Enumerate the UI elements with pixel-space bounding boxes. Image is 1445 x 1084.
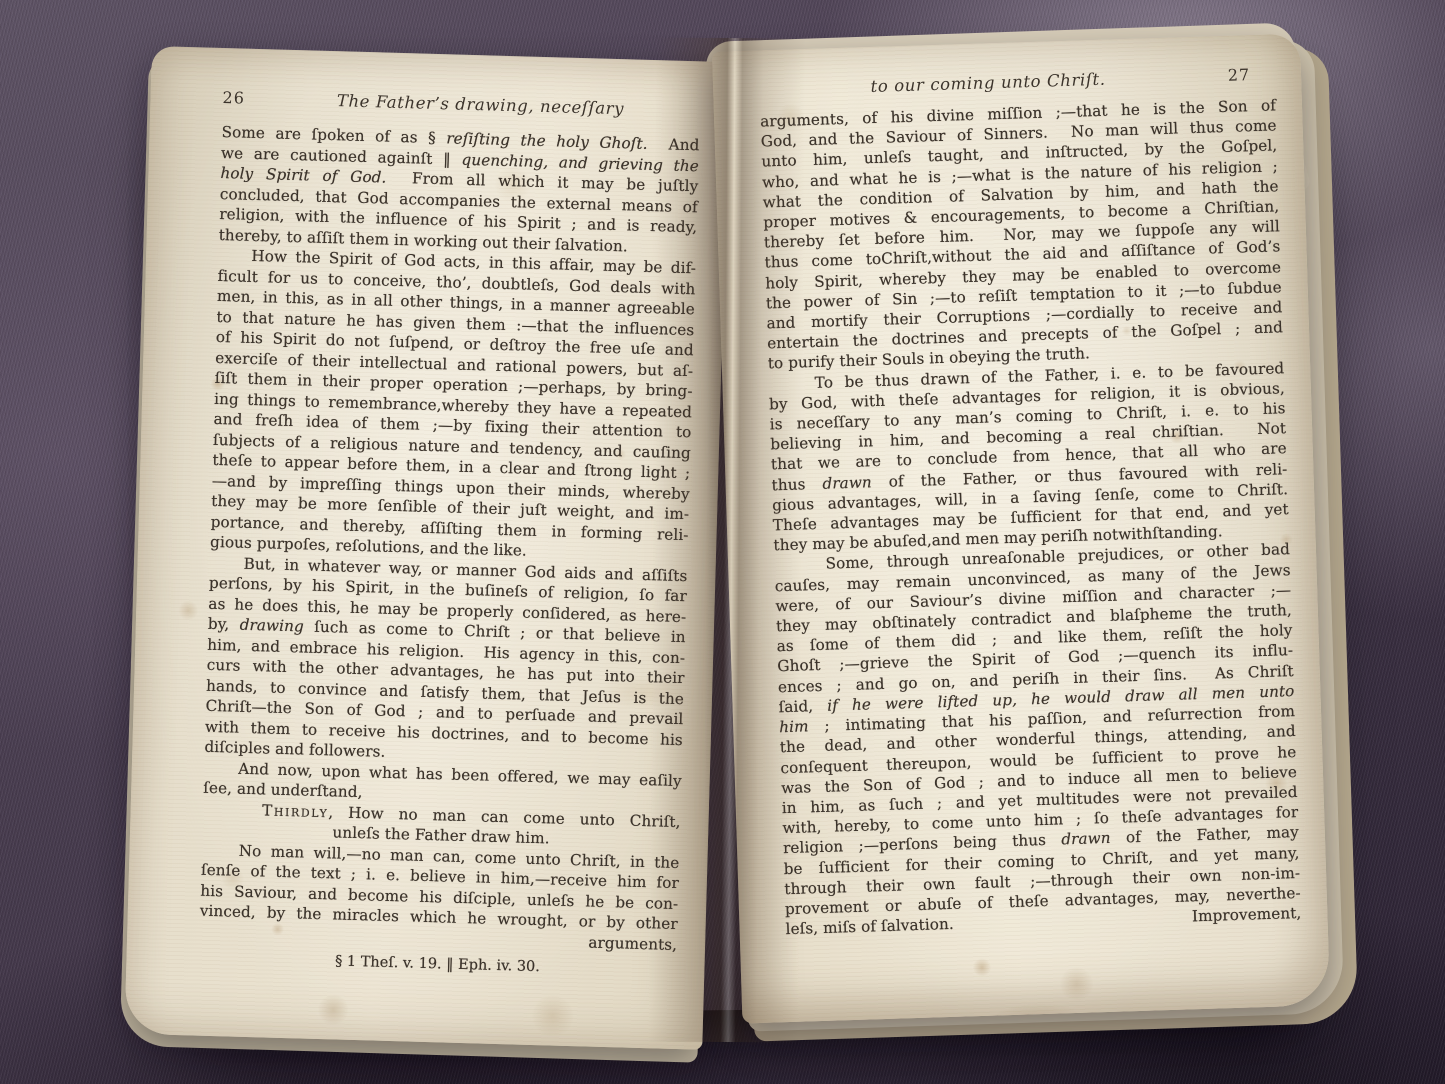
right-running-head-row: to our coming unto Chriſt. 27 bbox=[759, 64, 1275, 99]
left-running-head-row: 26 The Father’s drawing, neceſſary bbox=[222, 88, 700, 120]
left-page: 26 The Father’s drawing, neceſſary Some … bbox=[124, 46, 729, 1050]
left-running-header: The Father’s drawing, neceſſary bbox=[274, 89, 686, 119]
left-page-number: 26 bbox=[222, 88, 275, 108]
left-page-footnote: § 1 Theſ. v. 19. ‖ Eph. iv. 30. bbox=[198, 950, 676, 979]
right-page-text: arguments, of his divine miſſion ;—that … bbox=[760, 95, 1302, 939]
left-page-content: 26 The Father’s drawing, neceſſary Some … bbox=[124, 46, 729, 1050]
right-page-number: 27 bbox=[1203, 64, 1276, 85]
right-page-content: to our coming unto Chriſt. 27 arguments,… bbox=[712, 34, 1330, 1024]
open-book: 26 The Father’s drawing, neceſſary Some … bbox=[0, 0, 1445, 1084]
right-page: to our coming unto Chriſt. 27 arguments,… bbox=[712, 34, 1330, 1024]
left-page-text: Some are ſpoken of as § reſiſting the ho… bbox=[199, 122, 700, 955]
right-running-header: to our coming unto Chriſt. bbox=[773, 67, 1203, 99]
book-photo-scene: 26 The Father’s drawing, neceſſary Some … bbox=[0, 0, 1445, 1084]
